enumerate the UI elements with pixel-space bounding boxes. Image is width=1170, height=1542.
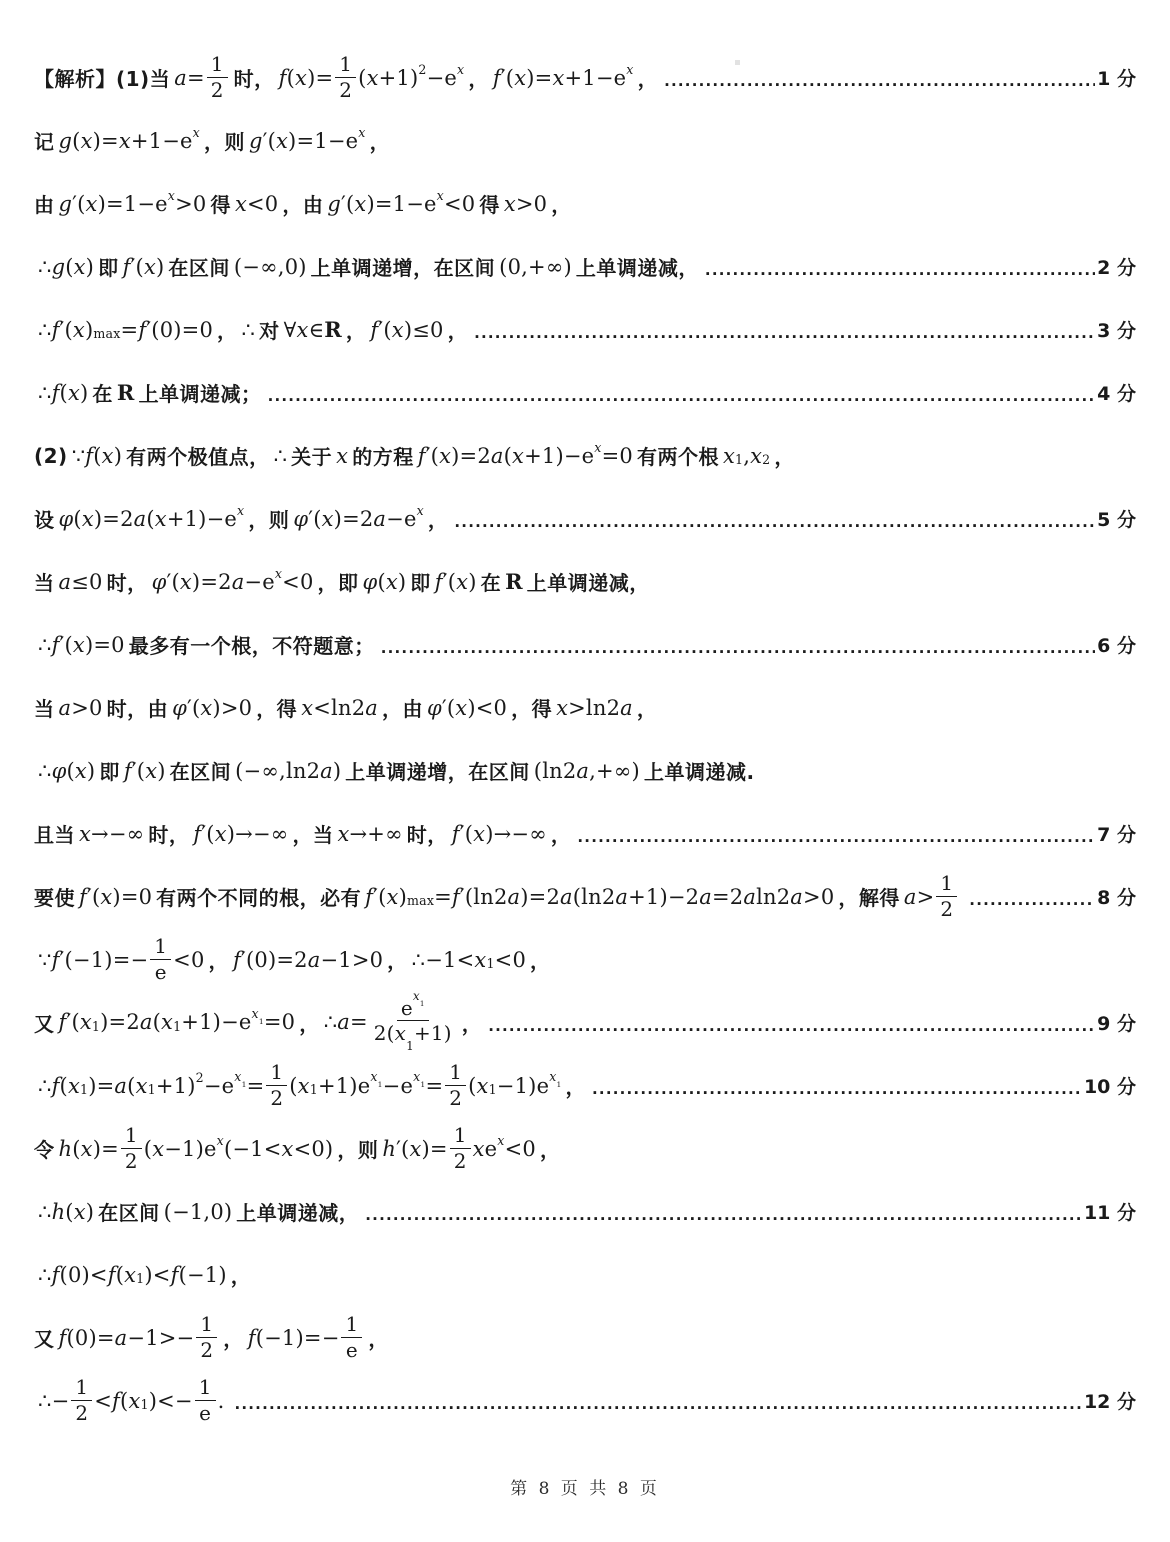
chinese-text: ， [370, 126, 391, 155]
chinese-text: 在 [481, 567, 502, 596]
line-content: ∴−12<f(x1)<−1e. [34, 1376, 228, 1425]
dot-leader: ........................................… [365, 1206, 1082, 1224]
chinese-text: 的方程 [352, 441, 414, 470]
line-content: ∴h(x)在区间(−1,0)上单调递减， [34, 1197, 359, 1226]
dot-leader: ........................................… [705, 261, 1095, 279]
chinese-text: ， [551, 819, 572, 848]
line-content: 【解析】(1)当a=12时，f(x)=12(x+1)2−ex，f′(x)=x+1… [34, 53, 658, 102]
dot-leader: ........................................… [664, 72, 1095, 90]
math-expression: ∴ [238, 318, 260, 342]
chinese-text: ， [551, 189, 572, 218]
chinese-text: 有两个不同的根，必有 [156, 882, 361, 911]
chinese-text: 即 [98, 252, 119, 281]
solution-line: ∴f′(x)=0最多有一个根，不符题意；....................… [34, 613, 1136, 676]
line-content: 记g(x)=x+1−ex，则g′(x)=1−ex， [34, 126, 390, 155]
chinese-text: 最多有一个根，不符题意； [129, 630, 375, 659]
chinese-text: 时， [107, 567, 148, 596]
score-label: 11 分 [1084, 1198, 1136, 1225]
math-expression: ∴−1<x1<0 [408, 948, 530, 972]
fraction: 12 [445, 1061, 466, 1110]
chinese-text: 当 [34, 693, 55, 722]
chinese-text: ， [566, 1071, 587, 1100]
math-expression: f′(x)→−∞ [448, 822, 551, 846]
chinese-text: 由 [34, 189, 55, 218]
math-expression: ∵f(x) [68, 444, 126, 468]
chinese-text: 在区间 [98, 1197, 160, 1226]
chinese-text: 且当 [34, 819, 75, 848]
chinese-text: 得 [210, 189, 231, 218]
chinese-text: 上单调递减， [236, 1197, 359, 1226]
dot-leader: ........................................… [234, 1395, 1081, 1413]
solution-line: 设φ(x)=2a(x+1)−ex，则φ′(x)=2a−ex，..........… [34, 487, 1136, 550]
chinese-text: 时， [148, 819, 189, 848]
chinese-text: ， [217, 315, 238, 344]
fraction: 12 [266, 1061, 287, 1110]
line-content: 且当x→−∞时，f′(x)→−∞，当x→+∞时，f′(x)→−∞， [34, 819, 571, 848]
stray-mark [735, 60, 740, 65]
math-expression: h′(x)=12xex<0 [378, 1124, 540, 1173]
fraction: 12 [207, 53, 228, 102]
math-expression: ∴ [270, 444, 292, 468]
solution-line: 记g(x)=x+1−ex，则g′(x)=1−ex， [34, 109, 1136, 172]
chinese-text: 【解析】(1)当 [34, 63, 170, 92]
math-expression: f′(x)→−∞ [189, 822, 292, 846]
chinese-text: (2) [34, 444, 68, 468]
score-label: 8 分 [1097, 883, 1136, 910]
chinese-text: ，则 [248, 504, 289, 533]
math-expression: f(−1)=−1e [244, 1313, 369, 1362]
chinese-text: ，由 [282, 189, 323, 218]
chinese-text: ，则 [204, 126, 245, 155]
solution-line: 由g′(x)=1−ex>0得x<0，由g′(x)=1−ex<0得x>0， [34, 172, 1136, 235]
math-expression: φ′(x)=2a−ex [289, 507, 428, 531]
line-content: ∴φ(x)即f′(x)在区间(−∞,ln2a)上单调递增，在区间(ln2a,+∞… [34, 756, 755, 785]
line-content: ∴f(x1)=a(x1+1)2−ex1=12(x1+1)ex1−ex1=12(x… [34, 1061, 586, 1110]
math-expression: (0,+∞) [495, 255, 576, 279]
chinese-text: 时， [407, 819, 448, 848]
math-expression: φ′(x)>0 [168, 696, 256, 720]
math-expression: f′(x1)=2a(x1+1)−ex1=0 [55, 1010, 300, 1034]
dot-leader: ........................................… [488, 1017, 1095, 1035]
math-expression: ∴−12<f(x1)<−1e. [34, 1376, 228, 1425]
line-content: 又f(0)=a−1>−12，f(−1)=−1e， [34, 1313, 389, 1362]
fraction: 12 [121, 1124, 142, 1173]
line-content: 由g′(x)=1−ex>0得x<0，由g′(x)=1−ex<0得x>0， [34, 189, 572, 218]
chinese-text: 上单调递减， [576, 252, 699, 281]
chinese-text: 在区间 [170, 756, 232, 785]
math-expression: φ′(x)=2a−ex<0 [148, 570, 318, 594]
chinese-text: ， [462, 1008, 483, 1037]
math-expression: g′(x)=1−ex<0 [323, 192, 479, 216]
chinese-text: ， [468, 63, 489, 92]
line-content: 又f′(x1)=2a(x1+1)−ex1=0，∴a=ex12(x1+1)， [34, 997, 482, 1049]
page-footer: 第 8 页 共 8 页 [34, 1474, 1136, 1499]
line-content: ∴f′(x)=0最多有一个根，不符题意； [34, 630, 375, 659]
chinese-text: 上单调递增，在区间 [311, 252, 496, 281]
chinese-text: ， [530, 945, 551, 974]
math-expression: ∴g(x) [34, 255, 98, 279]
chinese-text: 上单调递减， [527, 567, 650, 596]
chinese-text: 上单调递增，在区间 [345, 756, 530, 785]
dot-leader: ........................................… [969, 891, 1095, 909]
chinese-text: 又 [34, 1323, 55, 1352]
line-content: ∴f(x)在R上单调递减； [34, 378, 262, 407]
solution-line: 令h(x)=12(x−1)ex(−1<x<0)，则h′(x)=12xex<0， [34, 1117, 1136, 1180]
score-label: 3 分 [1097, 316, 1136, 343]
math-expression: f′(x)max=f′(ln2a)=2a(ln2a+1)−2a=2aln2a>0 [361, 885, 838, 909]
solution-page: 【解析】(1)当a=12时，f(x)=12(x+1)2−ex，f′(x)=x+1… [0, 0, 1170, 1542]
chinese-text: 有两个根 [637, 441, 719, 470]
solution-line: ∴f(x)在R上单调递减；...........................… [34, 361, 1136, 424]
math-expression: g(x)=x+1−ex [55, 129, 204, 153]
math-expression: x>0 [500, 192, 551, 216]
chinese-text: ， [299, 1008, 320, 1037]
solution-line: ∴−12<f(x1)<−1e..........................… [34, 1369, 1136, 1432]
chinese-text: ， [209, 945, 230, 974]
math-expression: a≤0 [55, 570, 107, 594]
line-content: ∴f(0)<f(x1)<f(−1)， [34, 1260, 251, 1289]
dot-leader: ........................................… [454, 513, 1095, 531]
math-expression: f′(x)=x+1−ex [489, 66, 638, 90]
fraction: 1e [195, 1376, 216, 1425]
fraction: 1e [150, 935, 171, 984]
math-expression: x<0 [231, 192, 282, 216]
fraction: 12 [450, 1124, 471, 1173]
line-content: 设φ(x)=2a(x+1)−ex，则φ′(x)=2a−ex， [34, 504, 448, 533]
chinese-text: 令 [34, 1134, 55, 1163]
fraction: 12 [71, 1376, 92, 1425]
math-expression: f′(x) [431, 570, 481, 594]
score-label: 12 分 [1084, 1387, 1136, 1414]
chinese-text: 在区间 [168, 252, 230, 281]
math-expression: φ′(x)<0 [423, 696, 511, 720]
math-expression: f(x)=12(x+1)2−ex [275, 53, 469, 102]
math-expression: x→+∞ [333, 822, 406, 846]
fraction: 12 [335, 53, 356, 102]
math-expression: φ(x) [359, 570, 411, 594]
chinese-text: 又 [34, 1008, 55, 1037]
solution-line: ∴h(x)在区间(−1,0)上单调递减，....................… [34, 1180, 1136, 1243]
chinese-text: 上单调递减； [139, 378, 262, 407]
chinese-text: ， [346, 315, 367, 344]
math-expression: a>12 [900, 872, 963, 921]
chinese-text: 即 [99, 756, 120, 785]
line-content: ∴f′(x)max=f′(0)=0，∴对∀x∈R，f′(x)≤0， [34, 315, 468, 344]
fraction: ex12(x1+1) [370, 997, 456, 1049]
solution-line: (2)∵f(x)有两个极值点，∴关于x的方程f′(x)=2a(x+1)−ex=0… [34, 424, 1136, 487]
solution-line: ∴f(0)<f(x1)<f(−1)， [34, 1243, 1136, 1306]
math-expression: x→−∞ [75, 822, 148, 846]
math-expression: f(0)=a−1>−12 [55, 1313, 224, 1362]
chinese-text: ， [387, 945, 408, 974]
math-expression: R [113, 380, 139, 405]
math-expression: ∴f(x1)=a(x1+1)2−ex1=12(x1+1)ex1−ex1=12(x… [34, 1061, 566, 1110]
chinese-text: 当 [34, 567, 55, 596]
math-expression: f′(x)=0 [75, 885, 156, 909]
chinese-text: ，得 [256, 693, 297, 722]
line-content: 令h(x)=12(x−1)ex(−1<x<0)，则h′(x)=12xex<0， [34, 1124, 560, 1173]
solution-line: 【解析】(1)当a=12时，f(x)=12(x+1)2−ex，f′(x)=x+1… [34, 46, 1136, 109]
math-expression: x<ln2a [297, 696, 382, 720]
dot-leader: ........................................… [381, 639, 1095, 657]
math-expression: g′(x)=1−ex [245, 129, 370, 153]
chinese-text: ， [540, 1134, 561, 1163]
chinese-text: ， [774, 441, 795, 470]
chinese-text: ， [638, 63, 659, 92]
score-label: 1 分 [1097, 64, 1136, 91]
chinese-text: ， [637, 693, 658, 722]
solution-line: 当a≤0时，φ′(x)=2a−ex<0，即φ(x)即f′(x)在R上单调递减， [34, 550, 1136, 613]
chinese-text: 即 [410, 567, 431, 596]
line-content: ∵f′(−1)=−1e<0，f′(0)=2a−1>0，∴−1<x1<0， [34, 935, 551, 984]
chinese-text: ， [231, 1260, 252, 1289]
line-content: 要使f′(x)=0有两个不同的根，必有f′(x)max=f′(ln2a)=2a(… [34, 872, 963, 921]
math-expression: ∴a=ex12(x1+1) [320, 997, 462, 1049]
line-content: (2)∵f(x)有两个极值点，∴关于x的方程f′(x)=2a(x+1)−ex=0… [34, 441, 795, 470]
solution-line: ∴g(x)即f′(x)在区间(−∞,0)上单调递增，在区间(0,+∞)上单调递减… [34, 235, 1136, 298]
chinese-text: ，由 [382, 693, 423, 722]
solution-line: 且当x→−∞时，f′(x)→−∞，当x→+∞时，f′(x)→−∞，.......… [34, 802, 1136, 865]
chinese-text: ， [448, 315, 469, 344]
math-expression: ∴f′(x)max=f′(0)=0 [34, 318, 217, 342]
chinese-text: ，即 [318, 567, 359, 596]
math-expression: x>ln2a [552, 696, 637, 720]
line-content: 当a>0时，由φ′(x)>0，得x<ln2a，由φ′(x)<0，得x>ln2a， [34, 693, 657, 722]
chinese-text: 记 [34, 126, 55, 155]
math-expression: (ln2a,+∞) [530, 759, 644, 783]
math-expression: (−∞,0) [230, 255, 311, 279]
chinese-text: ，则 [337, 1134, 378, 1163]
chinese-text: ， [368, 1323, 389, 1352]
math-expression: (−1,0) [160, 1200, 237, 1224]
solution-line: 当a>0时，由φ′(x)>0，得x<ln2a，由φ′(x)<0，得x>ln2a， [34, 676, 1136, 739]
chinese-text: ，得 [511, 693, 552, 722]
solution-line: 又f′(x1)=2a(x1+1)−ex1=0，∴a=ex12(x1+1)，...… [34, 991, 1136, 1054]
math-expression: ∴h(x) [34, 1200, 98, 1224]
solution-line: 又f(0)=a−1>−12，f(−1)=−1e， [34, 1306, 1136, 1369]
chinese-text: 设 [34, 504, 55, 533]
solution-lines: 【解析】(1)当a=12时，f(x)=12(x+1)2−ex，f′(x)=x+1… [34, 46, 1136, 1432]
math-expression: h(x)=12(x−1)ex(−1<x<0) [55, 1124, 338, 1173]
math-expression: R [501, 569, 527, 594]
math-expression: f′(x)=2a(x+1)−ex=0 [414, 444, 637, 468]
chinese-text: 在 [92, 378, 113, 407]
score-label: 6 分 [1097, 631, 1136, 658]
dot-leader: ........................................… [592, 1080, 1082, 1098]
math-expression: g′(x)=1−ex>0 [55, 192, 211, 216]
score-label: 7 分 [1097, 820, 1136, 847]
math-expression: a=12 [170, 53, 233, 102]
score-label: 2 分 [1097, 253, 1136, 280]
math-expression: ∴f(x) [34, 381, 92, 405]
solution-line: ∴φ(x)即f′(x)在区间(−∞,ln2a)上单调递增，在区间(ln2a,+∞… [34, 739, 1136, 802]
chinese-text: 得 [479, 189, 500, 218]
dot-leader: ........................................… [474, 324, 1095, 342]
line-content: 当a≤0时，φ′(x)=2a−ex<0，即φ(x)即f′(x)在R上单调递减， [34, 567, 650, 596]
chinese-text: ， [223, 1323, 244, 1352]
score-label: 9 分 [1097, 1009, 1136, 1036]
math-expression: ∴φ(x) [34, 759, 99, 783]
math-expression: f′(x) [120, 759, 170, 783]
solution-line: ∴f(x1)=a(x1+1)2−ex1=12(x1+1)ex1−ex1=12(x… [34, 1054, 1136, 1117]
math-expression: ∵f′(−1)=−1e<0 [34, 935, 209, 984]
math-expression: a>0 [55, 696, 107, 720]
line-content: ∴g(x)即f′(x)在区间(−∞,0)上单调递增，在区间(0,+∞)上单调递减… [34, 252, 699, 281]
chinese-text: 时，由 [107, 693, 169, 722]
chinese-text: 要使 [34, 882, 75, 911]
fraction: 12 [936, 872, 957, 921]
solution-line: ∵f′(−1)=−1e<0，f′(0)=2a−1>0，∴−1<x1<0， [34, 928, 1136, 991]
chinese-text: 有两个极值点， [126, 441, 270, 470]
math-expression: ∴f(0)<f(x1)<f(−1) [34, 1263, 231, 1287]
chinese-text: ，解得 [838, 882, 900, 911]
math-expression: (−∞,ln2a) [231, 759, 345, 783]
fraction: 12 [196, 1313, 217, 1362]
math-expression: x [332, 444, 352, 468]
score-label: 5 分 [1097, 505, 1136, 532]
solution-line: 要使f′(x)=0有两个不同的根，必有f′(x)max=f′(ln2a)=2a(… [34, 865, 1136, 928]
fraction: 1e [341, 1313, 362, 1362]
chinese-text: 关于 [291, 441, 332, 470]
solution-line: ∴f′(x)max=f′(0)=0，∴对∀x∈R，f′(x)≤0，.......… [34, 298, 1136, 361]
chinese-text: 时， [234, 63, 275, 92]
dot-leader: ........................................… [268, 387, 1096, 405]
math-expression: ∴f′(x)=0 [34, 633, 129, 657]
math-expression: ∀x∈R [280, 317, 346, 342]
score-label: 10 分 [1084, 1072, 1136, 1099]
score-label: 4 分 [1097, 379, 1136, 406]
dot-leader: ........................................… [577, 828, 1095, 846]
math-expression: φ(x)=2a(x+1)−ex [55, 507, 249, 531]
math-expression: f′(0)=2a−1>0 [229, 948, 387, 972]
chinese-text: 上单调递减. [644, 756, 755, 785]
chinese-text: ，当 [292, 819, 333, 848]
math-expression: x1,x2 [719, 444, 774, 468]
math-expression: f′(x)≤0 [366, 318, 447, 342]
chinese-text: ， [428, 504, 449, 533]
chinese-text: 对 [259, 315, 280, 344]
math-expression: f′(x) [119, 255, 169, 279]
